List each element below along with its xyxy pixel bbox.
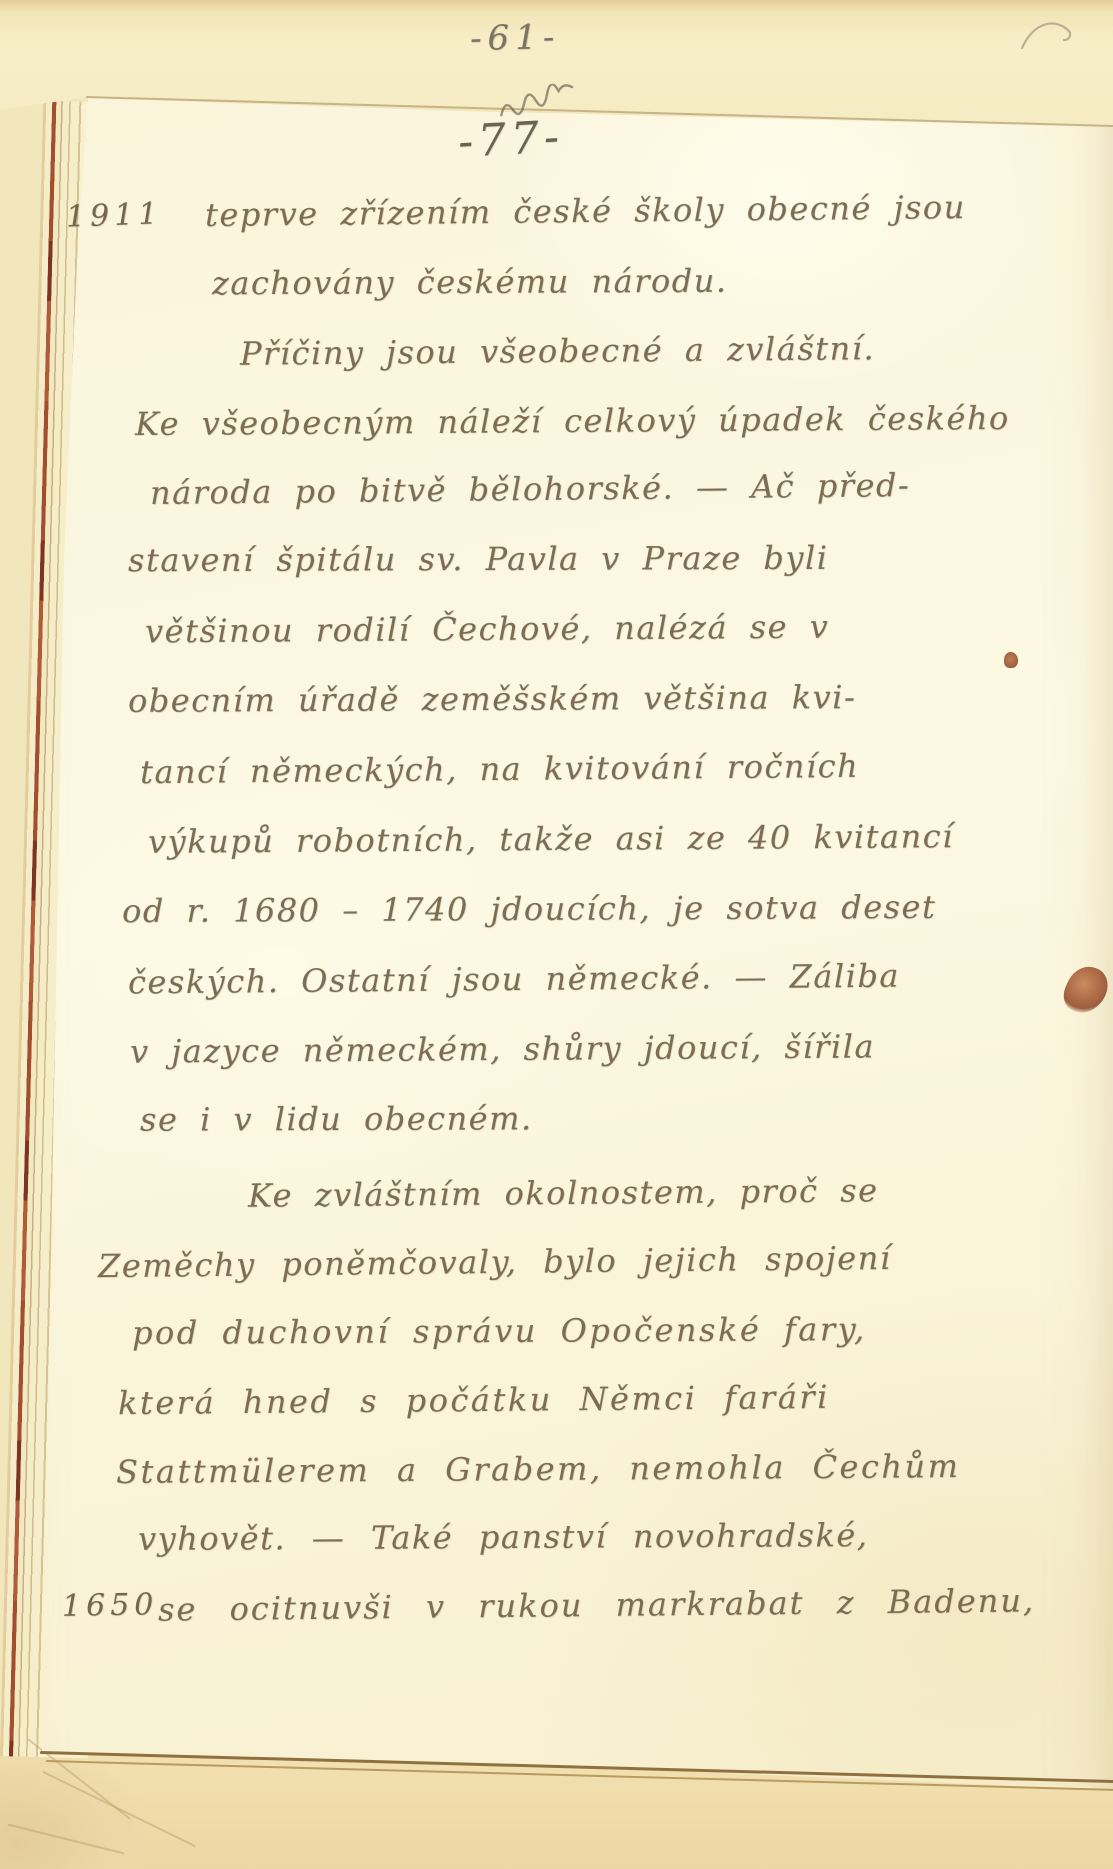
handwritten-line: se i v lidu obecném. (140, 1099, 533, 1138)
handwritten-line: výkupů robotních, takže asi ze 40 kvitan… (148, 817, 954, 861)
margin-year: 1911 (65, 196, 163, 234)
handwritten-line: českých. Ostatní jsou německé. — Záliba (128, 957, 900, 1002)
handwritten-line: od r. 1680 – 1740 jdoucích, je sotva des… (122, 888, 936, 930)
handwritten-line: Stattmülerem a Grabem, nemohla Čechům (116, 1447, 961, 1491)
handwritten-line: Příčiny jsou všeobecné a zvláštní. (240, 329, 875, 373)
handwritten-line: pod duchovní správu Opočenské fary, (132, 1310, 867, 1352)
handwritten-line: národa po bitvě bělohorské. — Ač před- (150, 466, 911, 512)
handwritten-line: zachovány českému národu. (212, 262, 728, 303)
margin-year: 1650 (62, 1587, 159, 1624)
handwritten-line: teprve zřízením české školy obecné jsou (205, 188, 966, 234)
handwritten-line: vyhovět. — Také panství novohradské, (138, 1516, 869, 1558)
handwritten-line: stavení špitálu sv. Pavla v Praze byli (128, 539, 829, 579)
handwritten-line: Ke všeobecným náleží celkový úpadek česk… (135, 399, 1010, 443)
handwritten-line: většinou rodilí Čechové, nalézá se v (145, 608, 830, 651)
handwritten-line: Ke zvláštním okolnostem, proč se (248, 1171, 879, 1215)
scanned-manuscript: -61- -77- 1911 1650 teprve zřízením česk… (0, 0, 1113, 1869)
page-number: -77- (457, 111, 565, 167)
pencil-mark-icon (1018, 14, 1080, 56)
ink-stain (1004, 652, 1018, 668)
handwritten-line: obecním úřadě zeměšském většina kvi- (128, 678, 856, 720)
handwritten-line: která hned s počátku Němci faráři (118, 1378, 830, 1422)
previous-page-number: -61- (470, 17, 561, 59)
handwritten-line: v jazyce německém, shůry jdoucí, šířila (130, 1027, 875, 1070)
handwritten-line: tancí německých, na kvitování ročních (140, 747, 859, 791)
